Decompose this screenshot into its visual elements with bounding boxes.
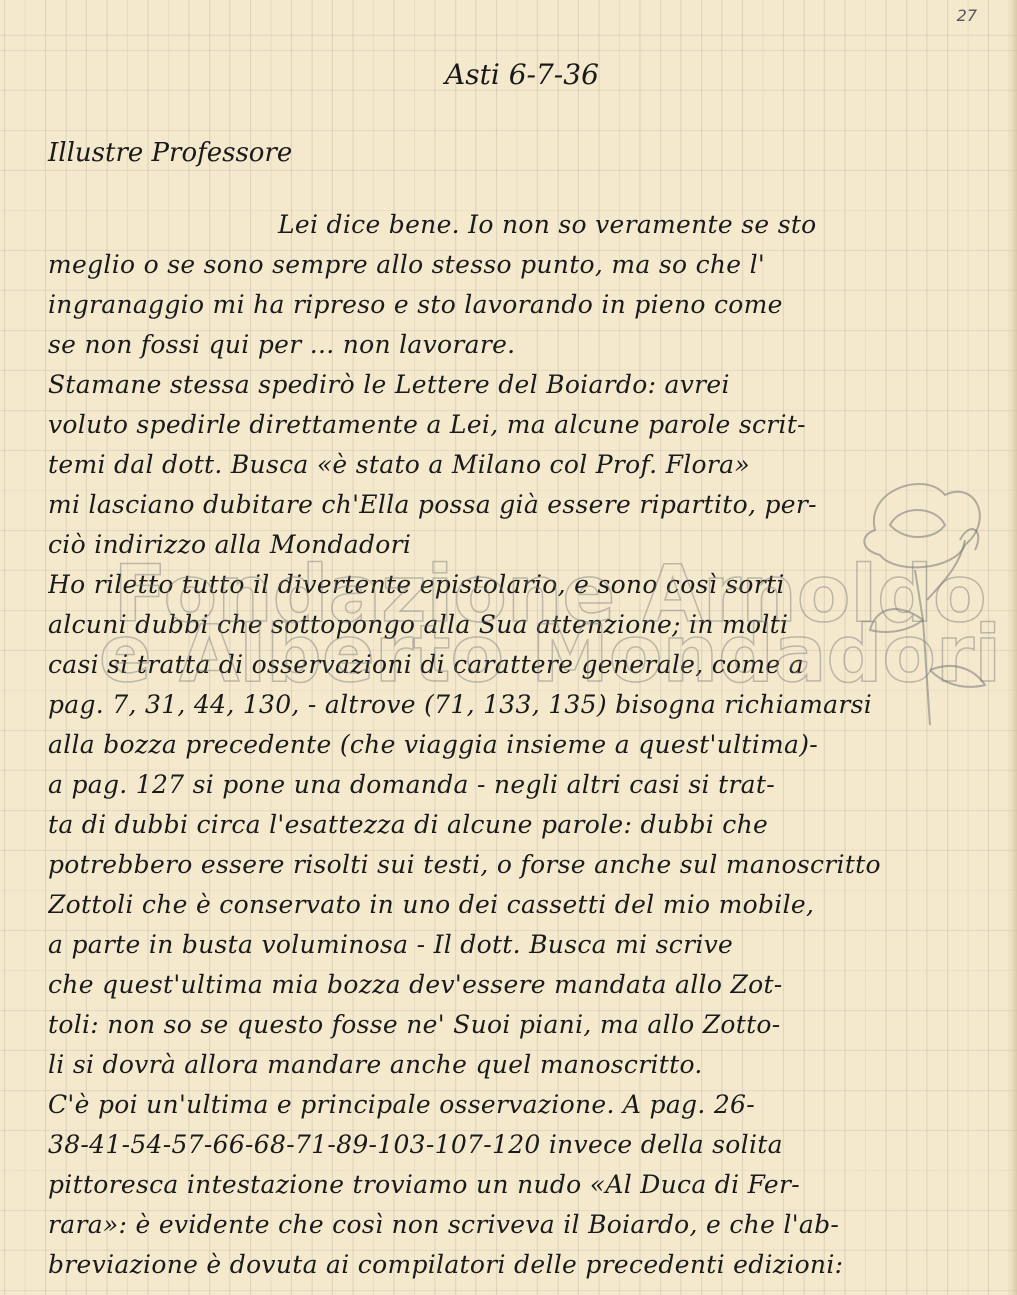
- letter-line: meglio o se sono sempre allo stesso punt…: [48, 245, 987, 285]
- letter-line: rara»: è evidente che così non scriveva …: [48, 1205, 987, 1245]
- letter-line: a parte in busta voluminosa - Il dott. B…: [48, 925, 987, 965]
- letter-page: 27 Asti 6-7-36 Illustre Professore Lei d…: [0, 0, 1017, 1295]
- letter-line: a pag. 127 si pone una domanda - negli a…: [48, 765, 987, 805]
- letter-line: temi dal dott. Busca «è stato a Milano c…: [48, 445, 987, 485]
- letter-line: toli: non so se questo fosse ne' Suoi pi…: [48, 1005, 987, 1045]
- letter-line: alla bozza precedente (che viaggia insie…: [48, 725, 987, 765]
- letter-line: potrebbero essere risolti sui testi, o f…: [48, 845, 987, 885]
- letter-line: mi lasciano dubitare ch'Ella possa già e…: [48, 485, 987, 525]
- letter-line: ciò indirizzo alla Mondadori: [48, 525, 987, 565]
- letter-line: che quest'ultima mia bozza dev'essere ma…: [48, 965, 987, 1005]
- letter-line: ingranaggio mi ha ripreso e sto lavorand…: [48, 285, 987, 325]
- page-number: 27: [957, 6, 977, 25]
- letter-line: 38-41-54-57-66-68-71-89-103-107-120 inve…: [48, 1125, 987, 1165]
- letter-line: alcuni dubbi che sottopongo alla Sua att…: [48, 605, 987, 645]
- letter-line: ta di dubbi circa l'esattezza di alcune …: [48, 805, 987, 845]
- letter-line: li si dovrà allora mandare anche quel ma…: [48, 1045, 987, 1085]
- letter-line: Zottoli che è conservato in uno dei cass…: [48, 885, 987, 925]
- letter-line: casi si tratta di osservazioni di caratt…: [48, 645, 987, 685]
- letter-line: pag. 7, 31, 44, 130, - altrove (71, 133,…: [48, 685, 987, 725]
- letter-line: voluto spedirle direttamente a Lei, ma a…: [48, 405, 987, 445]
- letter-body: Lei dice bene. Io non so veramente se st…: [48, 205, 987, 1285]
- letter-line: breviazione è dovuta ai compilatori dell…: [48, 1245, 987, 1285]
- letter-line: se non fossi qui per ... non lavorare.: [48, 325, 987, 365]
- letter-date: Asti 6-7-36: [445, 58, 599, 91]
- letter-line: pittoresca intestazione troviamo un nudo…: [48, 1165, 987, 1205]
- letter-line: Stamane stessa spedirò le Lettere del Bo…: [48, 365, 987, 405]
- letter-line: Lei dice bene. Io non so veramente se st…: [48, 205, 987, 245]
- letter-line: C'è poi un'ultima e principale osservazi…: [48, 1085, 987, 1125]
- letter-line: Ho riletto tutto il divertente epistolar…: [48, 565, 987, 605]
- salutation: Illustre Professore: [48, 138, 292, 168]
